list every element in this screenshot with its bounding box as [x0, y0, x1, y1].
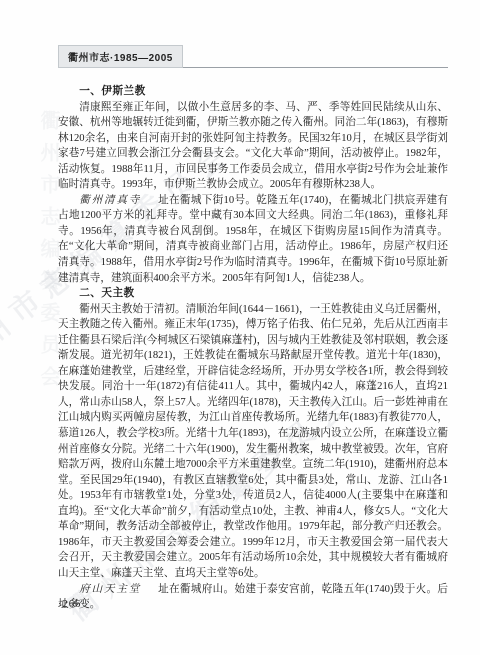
- entry-term-fushan-church: 府山天主堂: [79, 584, 141, 595]
- page-number: ·266·: [58, 599, 86, 610]
- paragraph-catholic-history: 衢州天主教始于清初。清顺治年间(1644－1661)，一王姓教徒由义乌迁居衢州，…: [58, 302, 448, 582]
- entry-term-qingzhen-mosque: 衢州清真寺: [79, 195, 141, 206]
- paragraph-qingzhen-mosque: 衢州清真寺址在衢城下街10号。乾隆五年(1740)，在衢城北门拱宸弄建有占地12…: [58, 193, 448, 286]
- page-body: 一、伊斯兰教 清康熙至雍正年间，以做小生意居多的李、马、严、季等姓回民陆续从山东…: [58, 84, 448, 613]
- section-heading-catholic: 二、天主教: [58, 286, 448, 302]
- paragraph-fushan-church: 府山天主堂址在衢城府山。始建于泰安宫前，乾隆五年(1740)毁于火。后址多变。: [58, 582, 448, 613]
- entry-text-qingzhen-mosque: 址在衢城下街10号。乾隆五年(1740)，在衢城北门拱宸弄建有占地1200平方米…: [58, 195, 448, 284]
- paragraph-islam-history: 清康熙至雍正年间，以做小生意居多的李、马、严、季等姓回民陆续从山东、安徽、杭州等…: [58, 100, 448, 193]
- section-heading-islam: 一、伊斯兰教: [58, 84, 448, 100]
- running-head: 衢州市志·1985—2005: [58, 46, 448, 68]
- running-head-title: 衢州市志·1985—2005: [58, 45, 183, 68]
- book-page: 衢州市志编纂委员会 衢州市志编纂委员会 衢州市志编纂委员会 衢州市志·1985—…: [0, 0, 480, 655]
